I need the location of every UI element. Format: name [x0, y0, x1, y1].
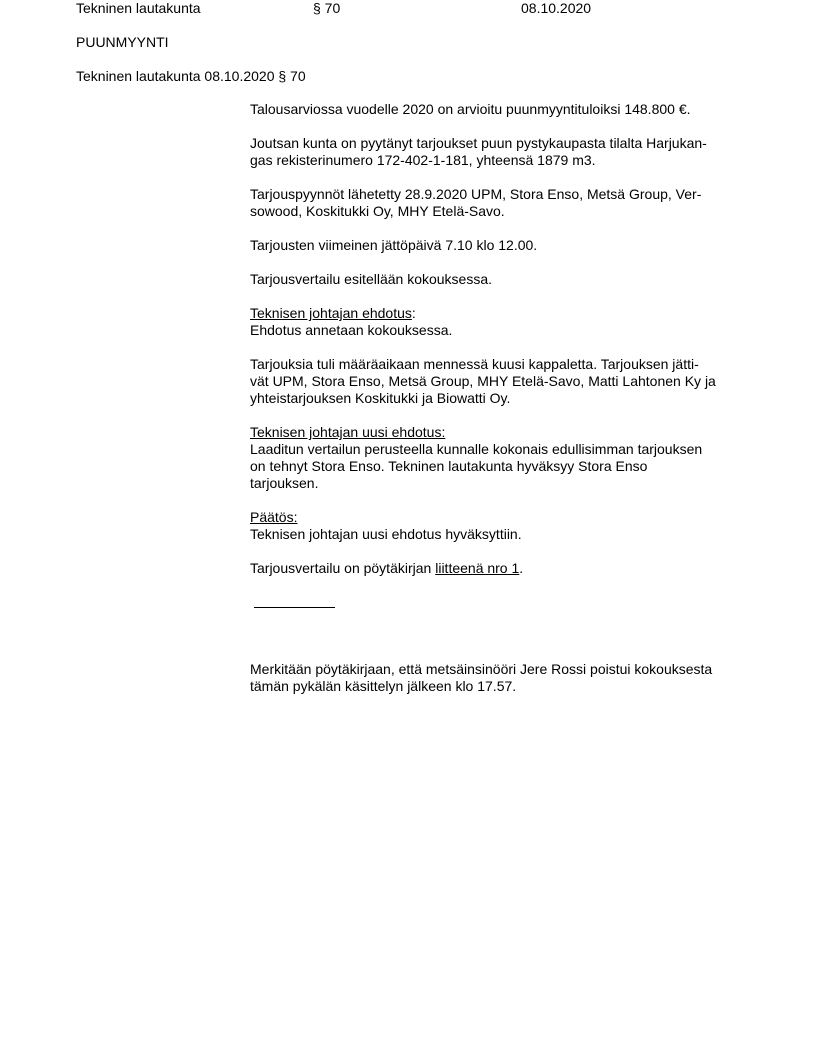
proposal-text: Ehdotus annetaan kokouksessa.	[250, 322, 750, 339]
proposal-section: Teknisen johtajan ehdotus: Ehdotus annet…	[250, 305, 750, 339]
header-section: § 70	[313, 0, 340, 17]
attachment-paragraph: Tarjousvertailu on pöytäkirjan liitteenä…	[250, 560, 750, 577]
separator-line	[254, 607, 335, 608]
decision-section: Päätös: Teknisen johtajan uusi ehdotus h…	[250, 509, 750, 543]
offers-paragraph: Tarjouksia tuli määräaikaan mennessä kuu…	[250, 356, 750, 407]
budget-paragraph: Talousarviossa vuodelle 2020 on arvioitu…	[250, 101, 750, 118]
sent-paragraph: Tarjouspyynnöt lähetetty 28.9.2020 UPM, …	[250, 186, 750, 220]
decision-heading: Päätös:	[250, 509, 750, 526]
new-proposal-section: Teknisen johtajan uusi ehdotus: Laaditun…	[250, 424, 750, 492]
deadline-paragraph: Tarjousten viimeinen jättöpäivä 7.10 klo…	[250, 237, 750, 254]
header-date: 08.10.2020	[521, 0, 591, 17]
proposal-heading: Teknisen johtajan ehdotus	[250, 305, 412, 321]
new-proposal-heading: Teknisen johtajan uusi ehdotus:	[250, 424, 750, 441]
page-title: PUUNMYYNTI	[76, 34, 169, 51]
attachment-link[interactable]: liitteenä nro 1	[435, 560, 519, 576]
request-paragraph: Joutsan kunta on pyytänyt tarjoukset puu…	[250, 135, 750, 169]
minutes-body: Talousarviossa vuodelle 2020 on arvioitu…	[250, 101, 750, 594]
minutes-note: Merkitään pöytäkirjaan, että metsäinsinö…	[250, 661, 712, 695]
meeting-reference: Tekninen lautakunta 08.10.2020 § 70	[76, 68, 306, 85]
comparison-paragraph: Tarjousvertailu esitellään kokouksessa.	[250, 271, 750, 288]
header-committee: Tekninen lautakunta	[76, 0, 201, 17]
decision-text: Teknisen johtajan uusi ehdotus hyväksytt…	[250, 526, 750, 543]
